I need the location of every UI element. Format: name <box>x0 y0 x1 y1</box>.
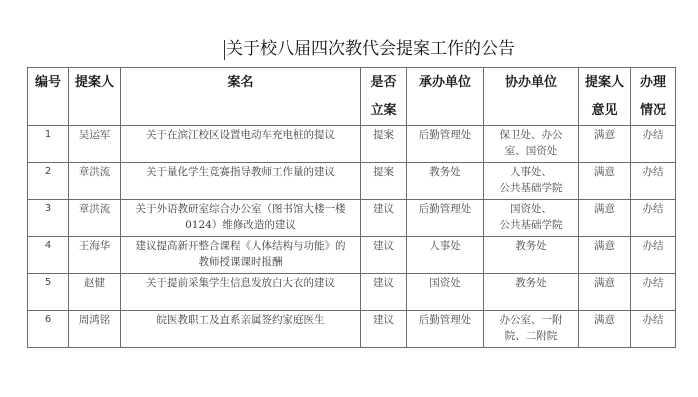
cell-case-name: 关于量化学生竞赛指导教师工作量的建议 <box>121 163 361 200</box>
cell-filed: 建议 <box>361 200 407 237</box>
cell-assist-dept: 教务处 <box>484 274 579 311</box>
cell-proposer: 赵健 <box>69 274 121 311</box>
cell-no: 2 <box>28 163 69 200</box>
header-opinion-line1: 提案人 <box>579 69 630 97</box>
cell-status: 办结 <box>631 200 676 237</box>
cell-filed: 提案 <box>361 163 407 200</box>
cell-no: 6 <box>28 311 69 348</box>
assist-dept-line2: 室、国资处 <box>484 143 578 159</box>
cell-lead-dept: 国资处 <box>407 274 484 311</box>
cell-no: 4 <box>28 237 69 274</box>
cell-lead-dept: 后勤管理处 <box>407 311 484 348</box>
table-row: 6 周鸿铭 皖医教职工及直系亲属签约家庭医生 建议 后勤管理处 办公室、一附 院… <box>28 311 676 348</box>
cell-lead-dept: 后勤管理处 <box>407 200 484 237</box>
cell-no: 1 <box>28 126 69 163</box>
header-no: 编号 <box>28 68 69 126</box>
cell-assist-dept: 国资处、 公共基础学院 <box>484 200 579 237</box>
case-name-line1: 关于外语教研室综合办公室（图书馆大楼一楼 <box>125 201 356 217</box>
cell-filed: 建议 <box>361 237 407 274</box>
cell-case-name: 皖医教职工及直系亲属签约家庭医生 <box>121 311 361 348</box>
table-row: 5 赵健 关于提前采集学生信息发放白大衣的建议 建议 国资处 教务处 满意 办结 <box>28 274 676 311</box>
cell-assist-dept: 保卫处、办公 室、国资处 <box>484 126 579 163</box>
cell-proposer: 章洪流 <box>69 200 121 237</box>
case-name-line1: 建议提高新开整合课程《人体结构与功能》的 <box>125 238 356 254</box>
header-filed: 是否 立案 <box>361 68 407 126</box>
case-name-line2: 教师授课课时报酬 <box>125 254 356 270</box>
table-row: 3 章洪流 关于外语教研室综合办公室（图书馆大楼一楼 0124）维修改造的建议 … <box>28 200 676 237</box>
cell-assist-dept: 教务处 <box>484 237 579 274</box>
header-status-line2: 情况 <box>631 97 675 125</box>
cell-opinion: 满意 <box>579 126 631 163</box>
header-proposer: 提案人 <box>69 68 121 126</box>
cell-case-name: 关于提前采集学生信息发放白大衣的建议 <box>121 274 361 311</box>
cell-proposer: 周鸿铭 <box>69 311 121 348</box>
cell-no: 3 <box>28 200 69 237</box>
assist-dept-line1: 人事处、 <box>484 164 578 180</box>
assist-dept-line2: 公共基础学院 <box>484 217 578 233</box>
text-cursor <box>224 40 225 60</box>
assist-dept-line2: 院、二附院 <box>484 328 578 344</box>
header-assist-dept: 协办单位 <box>484 68 579 126</box>
cell-opinion: 满意 <box>579 274 631 311</box>
header-row: 编号 提案人 案名 是否 立案 承办单位 协办单位 提案人 意见 办理 情况 <box>28 68 676 126</box>
cell-lead-dept: 人事处 <box>407 237 484 274</box>
proposals-table: 编号 提案人 案名 是否 立案 承办单位 协办单位 提案人 意见 办理 情况 1… <box>27 67 676 348</box>
table-row: 1 吴运军 关于在滨江校区设置电动车充电桩的提议 提案 后勤管理处 保卫处、办公… <box>28 126 676 163</box>
assist-dept-line1: 保卫处、办公 <box>484 127 578 143</box>
cell-status: 办结 <box>631 237 676 274</box>
cell-status: 办结 <box>631 274 676 311</box>
cell-filed: 建议 <box>361 311 407 348</box>
cell-case-name: 关于外语教研室综合办公室（图书馆大楼一楼 0124）维修改造的建议 <box>121 200 361 237</box>
cell-case-name: 关于在滨江校区设置电动车充电桩的提议 <box>121 126 361 163</box>
cell-status: 办结 <box>631 163 676 200</box>
header-status: 办理 情况 <box>631 68 676 126</box>
header-filed-line1: 是否 <box>361 69 406 97</box>
cell-opinion: 满意 <box>579 163 631 200</box>
cell-opinion: 满意 <box>579 200 631 237</box>
cell-filed: 提案 <box>361 126 407 163</box>
cell-opinion: 满意 <box>579 237 631 274</box>
cell-lead-dept: 后勤管理处 <box>407 126 484 163</box>
cell-lead-dept: 教务处 <box>407 163 484 200</box>
assist-dept-line2: 公共基础学院 <box>484 180 578 196</box>
cell-assist-dept: 办公室、一附 院、二附院 <box>484 311 579 348</box>
cell-proposer: 章洪流 <box>69 163 121 200</box>
header-opinion-line2: 意见 <box>579 97 630 125</box>
cell-no: 5 <box>28 274 69 311</box>
assist-dept-line1: 办公室、一附 <box>484 312 578 328</box>
header-case-name: 案名 <box>121 68 361 126</box>
table-row: 2 章洪流 关于量化学生竞赛指导教师工作量的建议 提案 教务处 人事处、 公共基… <box>28 163 676 200</box>
cell-filed: 建议 <box>361 274 407 311</box>
cell-status: 办结 <box>631 311 676 348</box>
header-status-line1: 办理 <box>631 69 675 97</box>
document-title: 关于校八届四次教代会提案工作的公告 <box>226 36 515 62</box>
header-filed-line2: 立案 <box>361 97 406 125</box>
assist-dept-line1: 国资处、 <box>484 201 578 217</box>
cell-case-name: 建议提高新开整合课程《人体结构与功能》的 教师授课课时报酬 <box>121 237 361 274</box>
header-lead-dept: 承办单位 <box>407 68 484 126</box>
case-name-line2: 0124）维修改造的建议 <box>125 217 356 233</box>
cell-proposer: 吴运军 <box>69 126 121 163</box>
table-row: 4 王海华 建议提高新开整合课程《人体结构与功能》的 教师授课课时报酬 建议 人… <box>28 237 676 274</box>
cell-assist-dept: 人事处、 公共基础学院 <box>484 163 579 200</box>
cell-proposer: 王海华 <box>69 237 121 274</box>
cell-status: 办结 <box>631 126 676 163</box>
header-opinion: 提案人 意见 <box>579 68 631 126</box>
cell-opinion: 满意 <box>579 311 631 348</box>
